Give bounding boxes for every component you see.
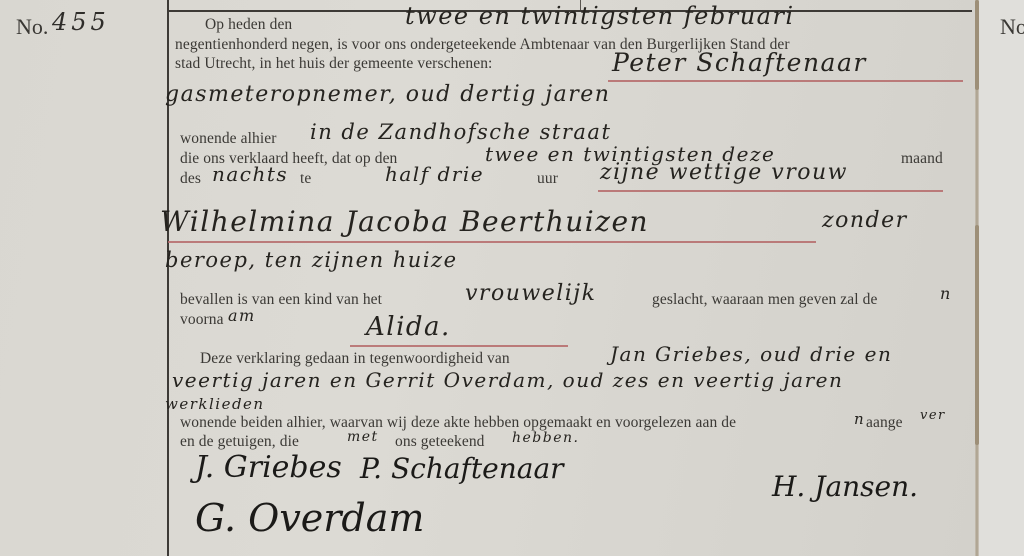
handwritten-child-name: Alida. xyxy=(366,312,451,342)
printed-line-16b: ons geteekend xyxy=(395,433,485,451)
printed-line-5: wonende alhier xyxy=(180,130,277,148)
handwritten-mother: Wilhelmina Jacoba Beerthuizen xyxy=(160,205,649,238)
handwritten-mother-occupation-b: beroep, ten zijnen huize xyxy=(165,248,458,272)
handwritten-hour: half drie xyxy=(385,162,484,186)
printed-line-7-des: des xyxy=(180,170,201,188)
next-page-number-label: No. xyxy=(1000,14,1024,40)
handwritten-occupation-age: gasmeteropnemer, oud dertig jaren xyxy=(165,82,610,107)
red-underline-child-name xyxy=(350,345,568,347)
printed-line-10b: geslacht, waaraan men geven zal de xyxy=(652,291,877,309)
handwritten-relation: zijne wettige vrouw xyxy=(600,160,848,185)
printed-line-15-end: aange xyxy=(866,414,903,432)
red-underline-mother xyxy=(168,241,816,243)
printed-line-12: Deze verklaring gedaan in tegenwoordighe… xyxy=(200,350,510,368)
handwritten-hebben: hebben. xyxy=(512,430,579,446)
entry-number-label: No. xyxy=(16,14,48,40)
handwritten-time-of-day: nachts xyxy=(212,162,288,186)
handwritten-witness-line-2: veertig jaren en Gerrit Overdam, oud zes… xyxy=(172,368,843,392)
red-underline-declarant xyxy=(608,80,963,82)
signature-declarant: P. Schaftenaar xyxy=(360,452,564,485)
next-page-edge xyxy=(978,0,1024,556)
signature-witness-2: G. Overdam xyxy=(195,496,424,540)
handwritten-voornaam-suffix: am xyxy=(228,306,256,325)
entry-number: 455 xyxy=(52,8,110,36)
binding-thread-top xyxy=(975,0,979,90)
handwritten-aangever-suffix: ver xyxy=(920,408,946,423)
handwritten-date: twee en twintigsten februari xyxy=(405,2,795,30)
printed-line-6-end: maand xyxy=(901,150,943,168)
printed-line-11: voorna xyxy=(180,311,224,329)
printed-line-7-uur: uur xyxy=(537,170,558,188)
handwritten-address: in de Zandhofsche straat xyxy=(310,120,611,144)
handwritten-met-insert: met xyxy=(347,429,379,445)
handwritten-sex: vrouwelijk xyxy=(465,281,596,306)
printed-line-3: stad Utrecht, in het huis der gemeente v… xyxy=(175,55,492,73)
handwritten-mother-occupation-a: zonder xyxy=(822,208,908,233)
printed-line-7-te: te xyxy=(300,170,311,188)
signature-registrar: H. Jansen. xyxy=(772,470,918,503)
handwritten-n-insert: n xyxy=(854,410,865,428)
red-underline-relation xyxy=(598,190,943,192)
binding-thread-bottom xyxy=(975,225,979,445)
printed-line-10a: bevallen is van een kind van het xyxy=(180,291,382,309)
handwritten-witness-1: Jan Griebes, oud drie en xyxy=(610,342,892,366)
printed-line-16a: en de getuigen, die xyxy=(180,433,299,451)
signature-witness-1: J. Griebes xyxy=(195,450,342,485)
handwritten-witness-occupation: werklieden xyxy=(165,395,265,413)
printed-line-15: wonende beiden alhier, waarvan wij deze … xyxy=(180,414,736,432)
handwritten-declarant: Peter Schaftenaar xyxy=(612,48,867,77)
handwritten-de-suffix: n xyxy=(940,284,952,303)
printed-line-1: Op heden den xyxy=(205,16,292,34)
